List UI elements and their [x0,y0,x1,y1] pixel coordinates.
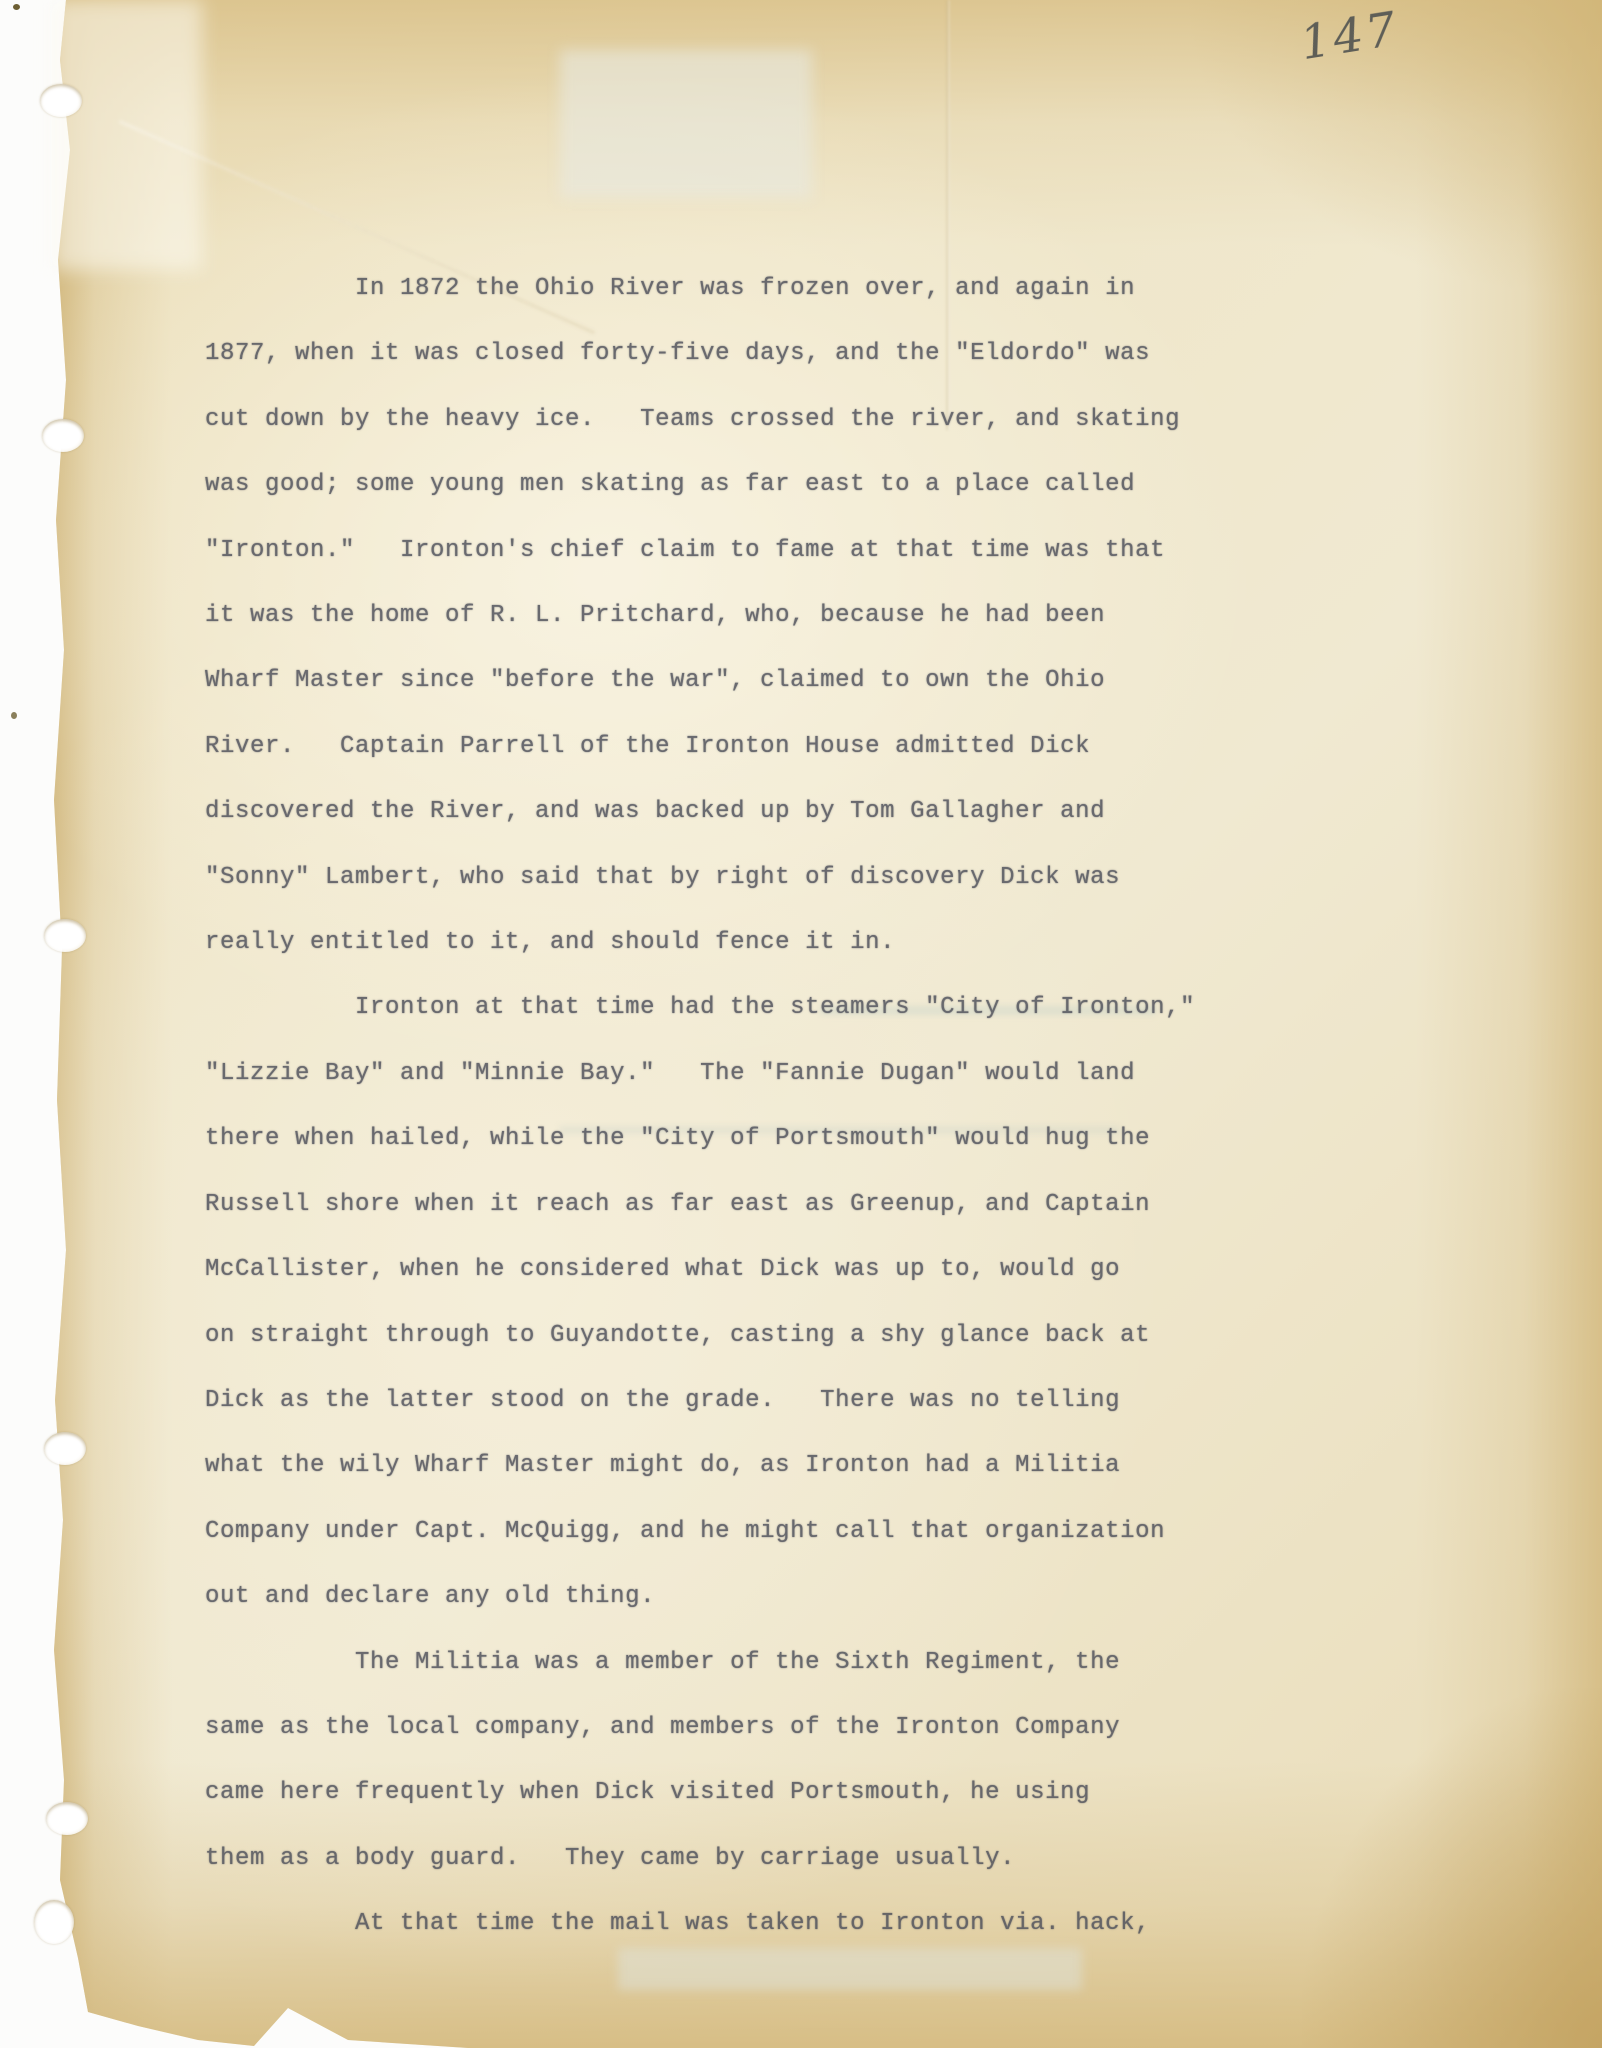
punch-hole [46,1802,88,1835]
typewritten-text-block: In 1872 the Ohio River was frozen over, … [205,256,1215,1957]
edge-speck [13,4,20,10]
punch-hole [42,419,84,452]
typewritten-line: came here frequently when Dick visited P… [205,1760,1215,1825]
typewritten-line: "Lizzie Bay" and "Minnie Bay." The "Fann… [205,1041,1215,1106]
typewritten-line: River. Captain Parrell of the Ironton Ho… [205,714,1215,779]
typewritten-line: there when hailed, while the "City of Po… [205,1106,1215,1171]
typewritten-line: The Militia was a member of the Sixth Re… [205,1630,1215,1695]
typewritten-line: Ironton at that time had the steamers "C… [205,975,1215,1040]
typewritten-line: 1877, when it was closed forty-five days… [205,321,1215,386]
punch-hole [40,84,82,117]
typewritten-line: cut down by the heavy ice. Teams crossed… [205,387,1215,452]
typewritten-line: them as a body guard. They came by carri… [205,1826,1215,1891]
typewritten-line: Russell shore when it reach as far east … [205,1172,1215,1237]
typewritten-line: what the wily Wharf Master might do, as … [205,1433,1215,1498]
typewritten-line: really entitled to it, and should fence … [205,910,1215,975]
typewritten-line: At that time the mail was taken to Iront… [205,1891,1215,1956]
typewritten-line: McCallister, when he considered what Dic… [205,1237,1215,1302]
typewritten-line: In 1872 the Ohio River was frozen over, … [205,256,1215,321]
typewritten-line: out and declare any old thing. [205,1564,1215,1629]
typewritten-line: same as the local company, and members o… [205,1695,1215,1760]
scanned-document-page: 147 In 1872 the Ohio River was frozen ov… [0,0,1602,2048]
typewritten-line: Wharf Master since "before the war", cla… [205,648,1215,713]
edge-speck [11,712,17,719]
typewritten-line: it was the home of R. L. Pritchard, who,… [205,583,1215,648]
typewritten-line: on straight through to Guyandotte, casti… [205,1303,1215,1368]
typewritten-line: "Sonny" Lambert, who said that by right … [205,845,1215,910]
typewritten-line: was good; some young men skating as far … [205,452,1215,517]
punch-hole [44,919,86,952]
typewritten-line: discovered the River, and was backed up … [205,779,1215,844]
punch-hole [34,1900,74,1944]
typewritten-line: Dick as the latter stood on the grade. T… [205,1368,1215,1433]
typewritten-line: Company under Capt. McQuigg, and he migh… [205,1499,1215,1564]
typewritten-line: "Ironton." Ironton's chief claim to fame… [205,518,1215,583]
punch-hole [44,1432,86,1465]
